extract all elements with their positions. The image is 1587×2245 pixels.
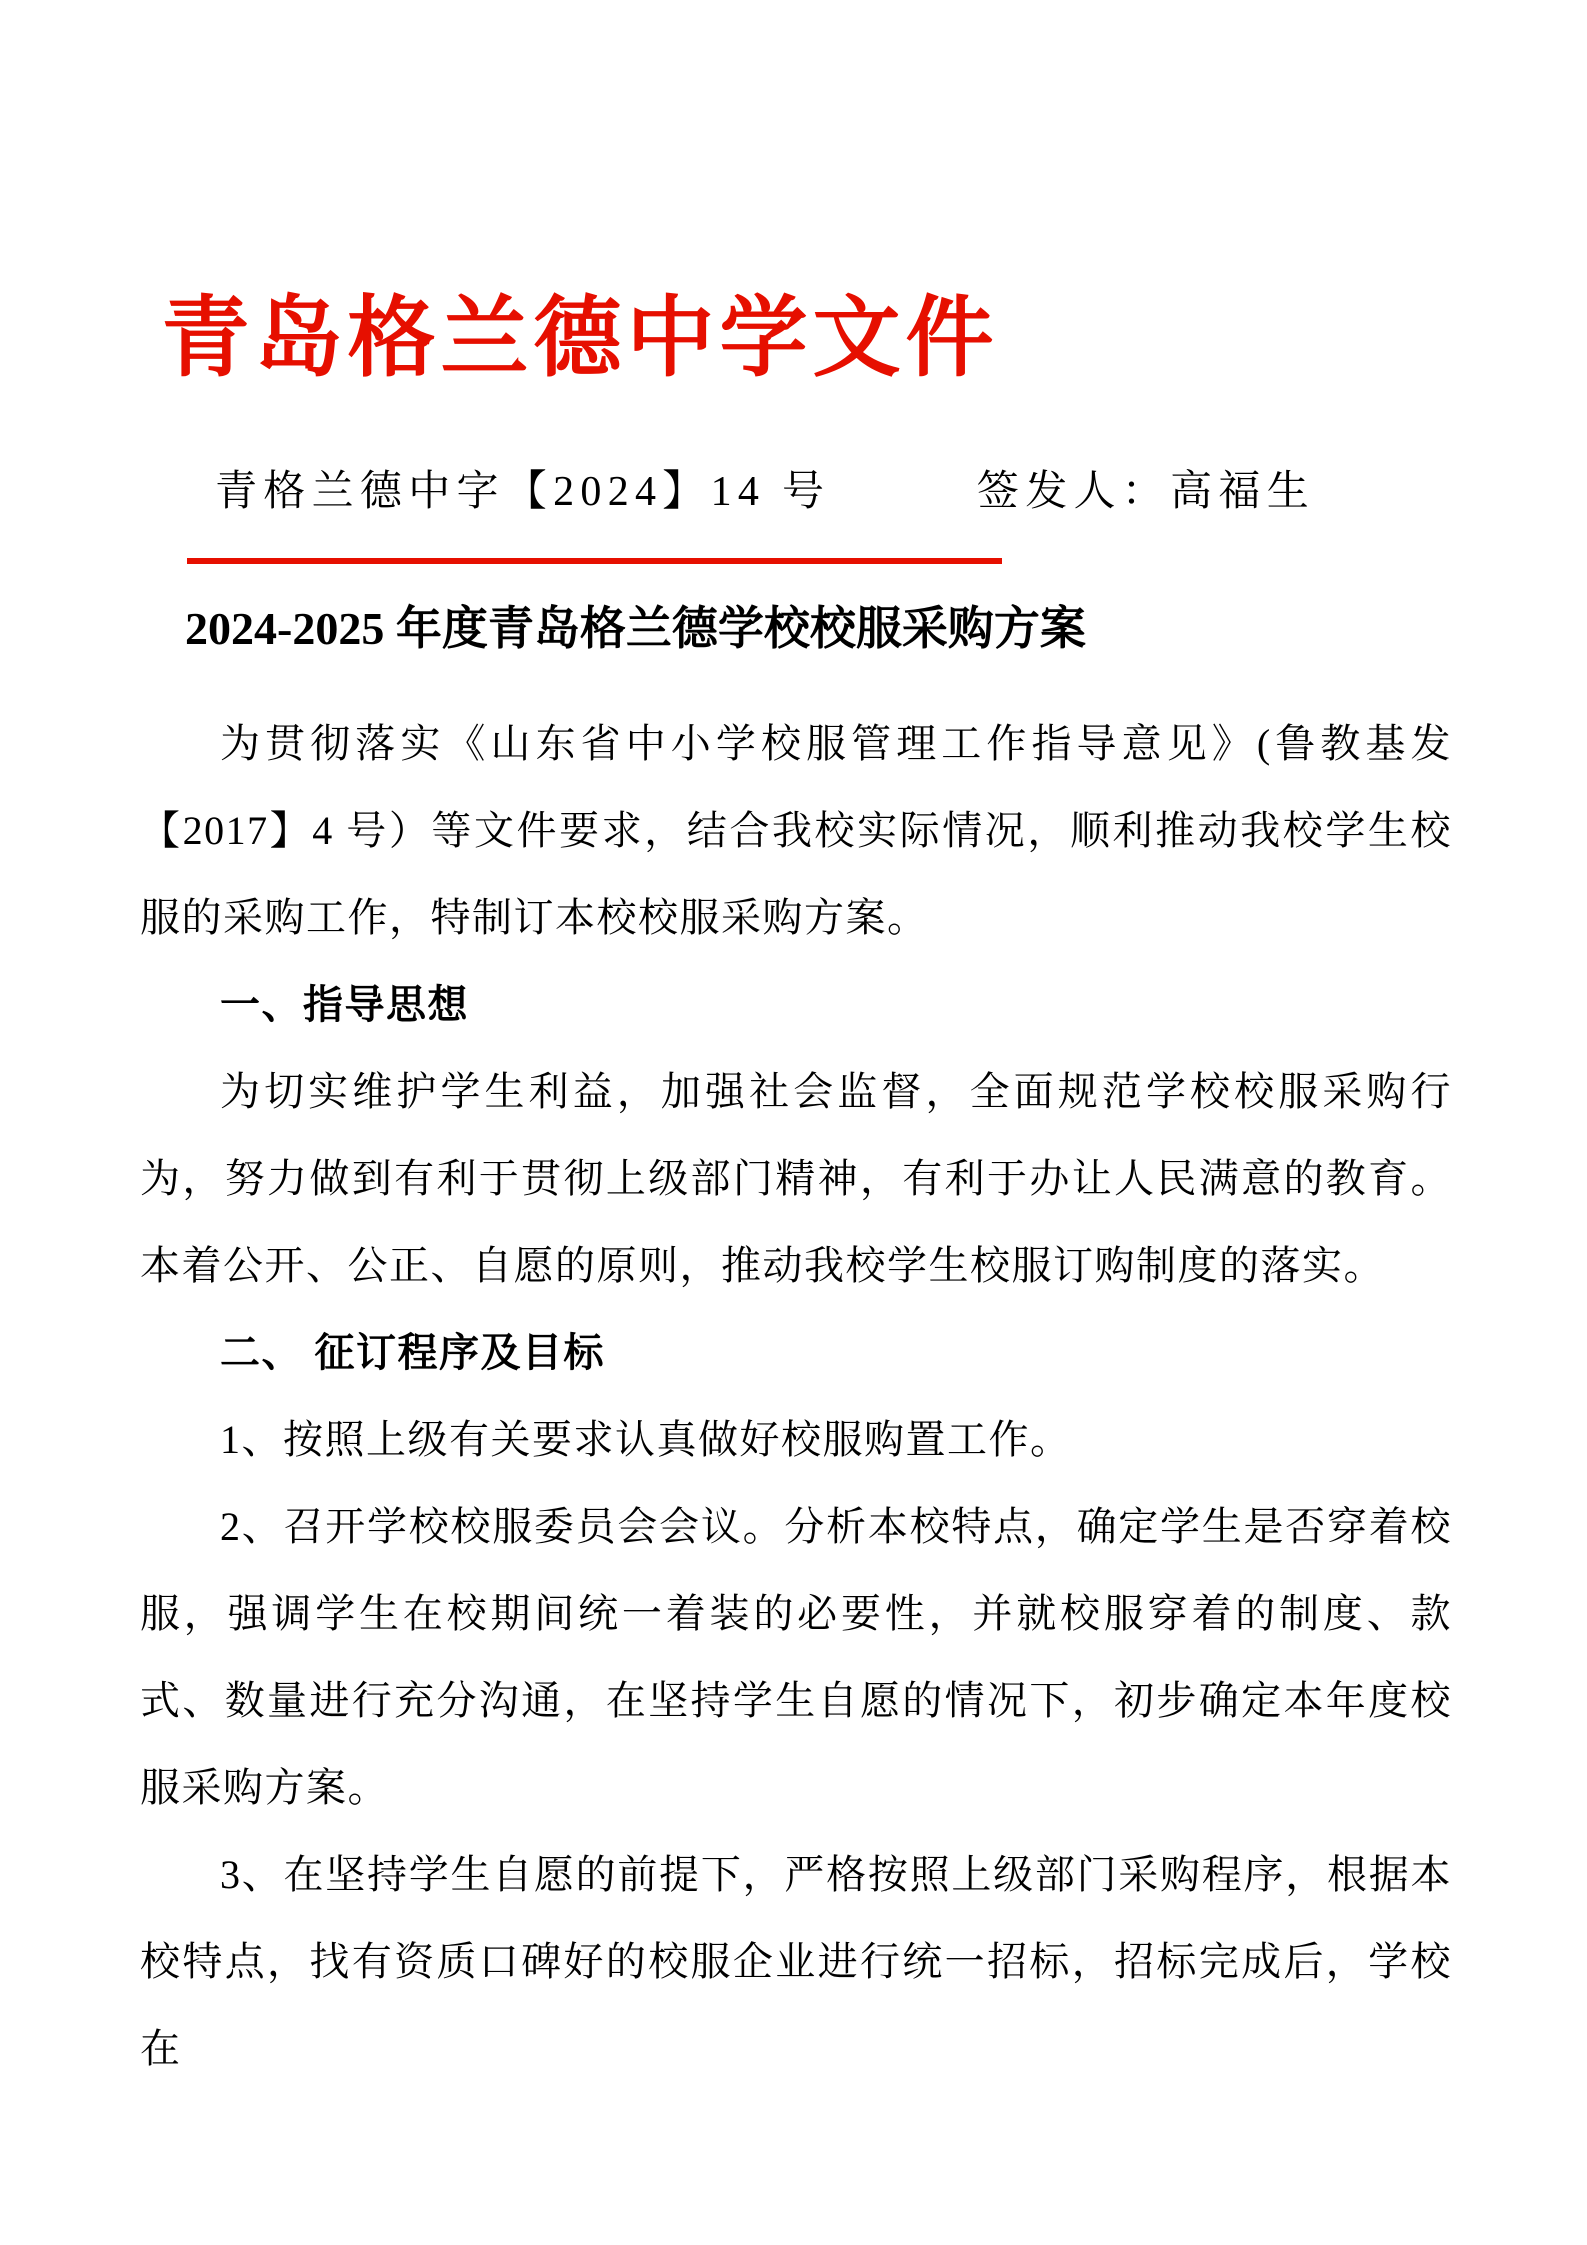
document-page: 青岛格兰德中学文件 青格兰德中字【2024】14 号 签发人：高福生 2024-…: [0, 0, 1587, 2245]
doc-number: 青格兰德中字【2024】14 号: [215, 458, 830, 518]
section-heading-2: 二、 征订程序及目标: [140, 1309, 1452, 1396]
doc-number-row: 青格兰德中字【2024】14 号 签发人：高福生: [215, 458, 1315, 518]
document-body: 为贯彻落实《山东省中小学校服管理工作指导意见》(鲁教基发【2017】4 号）等文…: [140, 700, 1452, 2092]
document-title: 2024-2025 年度青岛格兰德学校校服采购方案: [185, 592, 1045, 658]
list-item-3: 3、在坚持学生自愿的前提下，严格按照上级部门采购程序，根据本校特点，找有资质口碑…: [140, 1831, 1452, 2092]
red-divider: [187, 558, 1002, 564]
list-item-2: 2、召开学校校服委员会会议。分析本校特点，确定学生是否穿着校服，强调学生在校期间…: [140, 1483, 1452, 1831]
paragraph-intro: 为贯彻落实《山东省中小学校服管理工作指导意见》(鲁教基发【2017】4 号）等文…: [140, 700, 1452, 961]
org-title: 青岛格兰德中学文件: [150, 268, 1010, 394]
list-item-1: 1、按照上级有关要求认真做好校服购置工作。: [140, 1396, 1452, 1483]
paragraph-guiding-thought: 为切实维护学生利益，加强社会监督，全面规范学校校服采购行为，努力做到有利于贯彻上…: [140, 1048, 1452, 1309]
issuer: 签发人：高福生: [977, 458, 1315, 518]
section-heading-1: 一、指导思想: [140, 961, 1452, 1048]
